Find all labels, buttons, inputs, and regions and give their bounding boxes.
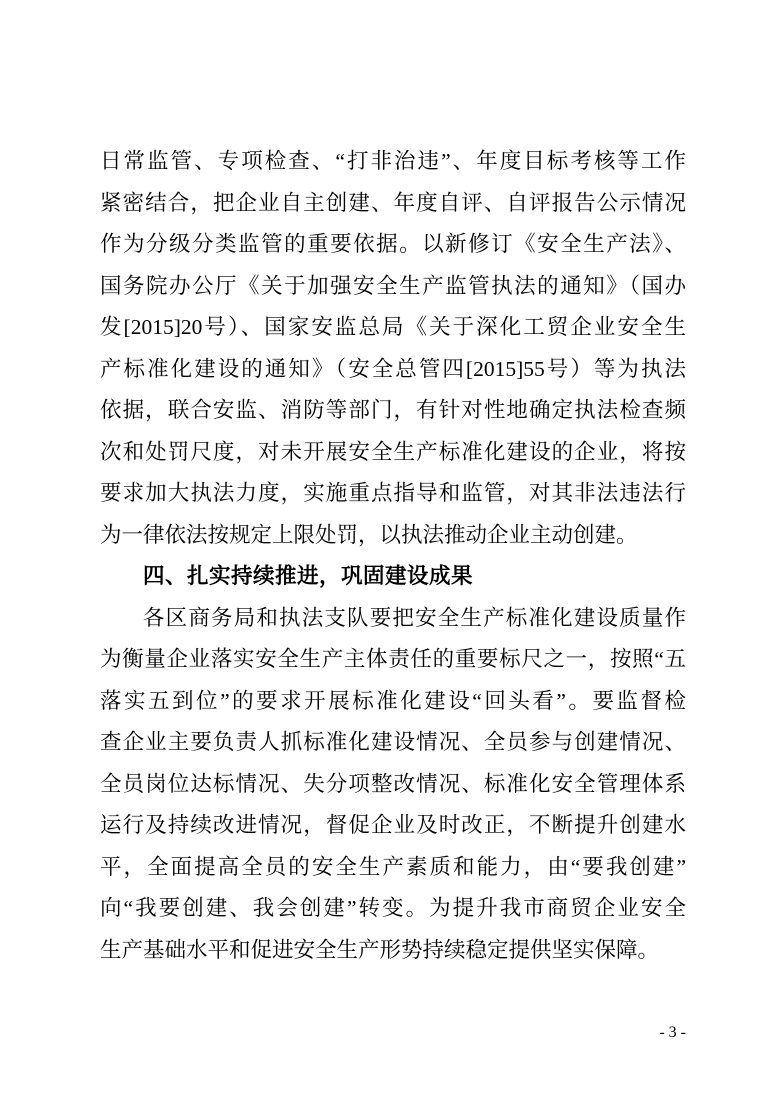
body-text-line: 作为分级分类监管的重要依据。以新修订《安全生产法》、 (100, 224, 686, 266)
body-text-line: 发[2015]20号）、国家安监总局《关于深化工贸企业安全生 (100, 307, 686, 349)
section-heading: 四、扎实持续推进，巩固建设成果 (100, 556, 686, 598)
body-text-line: 为衡量企业落实安全生产主体责任的重要标尺之一，按照“五 (100, 639, 686, 681)
body-text-line: 向“我要创建、我会创建”转变。为提升我市商贸企业安全 (100, 888, 686, 930)
body-text-line: 平，全面提高全员的安全生产素质和能力，由“要我创建” (100, 847, 686, 889)
page-number: - 3 - (659, 1024, 686, 1041)
body-text-line: 次和处罚尺度，对未开展安全生产标准化建设的企业，将按 (100, 432, 686, 474)
body-text-line: 查企业主要负责人抓标准化建设情况、全员参与创建情况、 (100, 722, 686, 764)
body-text-line: 产标准化建设的通知》（安全总管四[2015]55号）等为执法 (100, 349, 686, 391)
body-text-line: 各区商务局和执法支队要把安全生产标准化建设质量作 (100, 598, 686, 640)
document-body: 日常监管、专项检查、“打非治违”、年度目标考核等工作紧密结合，把企业自主创建、年… (100, 141, 686, 971)
body-text-line: 日常监管、专项检查、“打非治违”、年度目标考核等工作 (100, 141, 686, 183)
body-text-line: 全员岗位达标情况、失分项整改情况、标准化安全管理体系 (100, 764, 686, 806)
body-text-line: 生产基础水平和促进安全生产形势持续稳定提供坚实保障。 (100, 930, 686, 972)
body-text-line: 落实五到位”的要求开展标准化建设“回头看”。要监督检 (100, 681, 686, 723)
body-text-line: 为一律依法按规定上限处罚，以执法推动企业主动创建。 (100, 515, 686, 557)
page-footer: - 3 - (100, 1024, 686, 1042)
body-text-line: 国务院办公厅《关于加强安全生产监管执法的通知》（国办 (100, 266, 686, 308)
body-text-line: 运行及持续改进情况，督促企业及时改正，不断提升创建水 (100, 805, 686, 847)
body-text-line: 紧密结合，把企业自主创建、年度自评、自评报告公示情况 (100, 183, 686, 225)
body-text-line: 依据，联合安监、消防等部门，有针对性地确定执法检查频 (100, 390, 686, 432)
body-text-line: 要求加大执法力度，实施重点指导和监管，对其非法违法行 (100, 473, 686, 515)
document-page: 日常监管、专项检查、“打非治违”、年度目标考核等工作紧密结合，把企业自主创建、年… (0, 0, 780, 1102)
